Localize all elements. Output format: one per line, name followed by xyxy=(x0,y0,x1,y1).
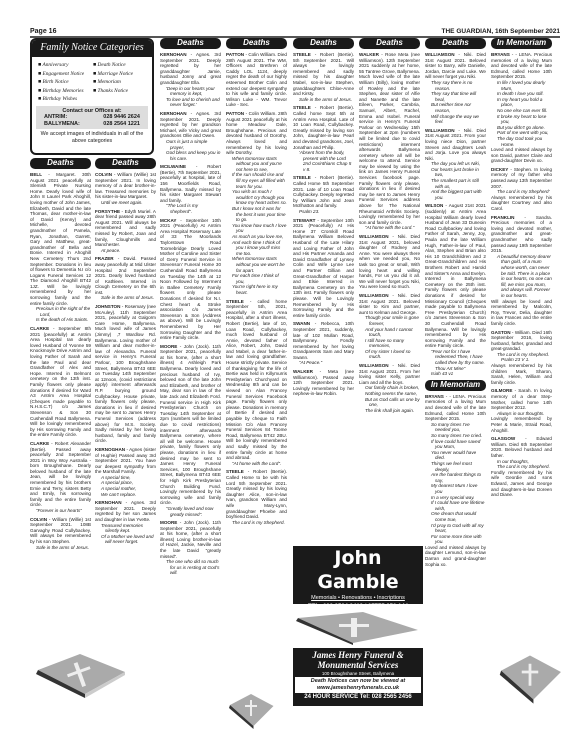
henry-notice: Death Notices can now be viewed at www.j… xyxy=(295,677,421,693)
deaths-header: Deaths xyxy=(425,38,486,49)
death-notice: MCILWAINE - Robert (Bertie), 7th Septemb… xyxy=(160,164,221,214)
notice-surname: JOHNSTON xyxy=(95,304,120,309)
notice-surname: STEWART xyxy=(293,218,315,223)
notice-surname: BRYANS xyxy=(491,52,510,57)
henry-name-1: James Henry Funeral & xyxy=(295,650,421,660)
column-2: DeathsCOLVIN - William (Willie) 1st Sept… xyxy=(95,158,156,548)
column-5: DeathsSTEELE - Robert (Bertie). 5th Sept… xyxy=(293,38,354,400)
category-item: Birth Notice xyxy=(38,78,93,87)
in-memoriam-header: In Memoriam xyxy=(425,380,486,391)
bible-icon xyxy=(30,650,130,700)
notice-surname: WILLIAMSON xyxy=(359,293,389,298)
notice-surname: KERNOGHAN xyxy=(95,447,125,452)
contact-heading: Contact our Offices at: xyxy=(40,108,144,115)
death-notice: DICKEY - Stephen. In loving memory of my… xyxy=(491,167,552,212)
bible-icon xyxy=(293,610,423,645)
notice-verse: The Lord is my shepherd. Psalm 23 V 1. xyxy=(491,352,552,363)
death-notice: MCKAY - September 10th 2021 (Peacefully)… xyxy=(160,218,221,341)
gamble-services: Memorials • Renovations • Inscriptions xyxy=(293,594,423,602)
categories-list: AnniversaryDeath NoticeEngagement Notice… xyxy=(32,57,152,104)
death-notice: STEWART - September 10th 2021 (Peacefull… xyxy=(293,218,354,319)
notice-verse: "Greatly loved and now greatly missed". xyxy=(160,506,221,517)
death-notice: STEELE - Robert (Bertie). Called Home to… xyxy=(226,469,287,525)
notice-text: - Niki. Died 31st August 2021, beloved d… xyxy=(359,234,420,289)
notice-surname: BRYANS xyxy=(425,394,444,399)
notice-text: - John (Jock). 11th September 2021, peac… xyxy=(160,520,221,559)
notice-verse: "Forever in our hearts" xyxy=(30,508,91,514)
notice-surname: MCILWAINE xyxy=(160,164,186,169)
category-item: Engagement Notice xyxy=(38,70,93,79)
notice-surname: MOORE xyxy=(160,520,177,525)
notice-verse: The Lord is my Shepherd. xyxy=(226,520,287,526)
gamble-name: John Gamble xyxy=(293,546,423,594)
death-notice: COLVIN - William (Willie) 1st September … xyxy=(30,517,91,551)
column-7: DeathsWILLIAMSON - Niki. Died 31st Augus… xyxy=(425,38,486,570)
notice-signoff: Loved and missed always by daughter Lemu… xyxy=(425,545,486,567)
notice-surname: STEELE xyxy=(226,469,244,474)
notice-surname: KERNOHAN xyxy=(160,111,187,116)
notice-surname: STEELE xyxy=(226,299,244,304)
notice-surname: WILLIAMSON xyxy=(359,363,389,368)
notice-surname: WILLIAMSON xyxy=(359,234,389,239)
notice-surname: WILLIAMSON xyxy=(425,52,455,57)
category-item: Death Notice xyxy=(93,61,148,70)
notice-text: - Rebecca, 10th September 2021, suddenly… xyxy=(293,321,354,360)
deaths-header: Deaths xyxy=(226,38,287,49)
death-notice: WILLIAMSON - Niki. Died 31st August 2021… xyxy=(359,363,420,413)
notice-surname: WALKER xyxy=(293,369,313,374)
notice-text: - called home September 5th, 2021, peace… xyxy=(226,299,287,461)
henry-address: 100 Broughshane Street, Ballymena xyxy=(295,670,421,677)
notice-verse: So many times I've needed you,So many ti… xyxy=(425,422,486,545)
death-notice: KERNOGHAN - Agnes (sister of Hughie) Pas… xyxy=(95,447,156,497)
column-8: In MemoriamBRYANS - - LENA. Precious mem… xyxy=(491,38,552,501)
categories-title: Family Notice Categories xyxy=(32,40,152,57)
notice-verse: They say there is no reason.They say tha… xyxy=(425,80,486,125)
death-notice: STEELE - called home September 5th, 2021… xyxy=(226,299,287,467)
death-notice: PATTON - Colin William. 28th August 2021… xyxy=(226,111,287,296)
notice-verse: Safe in the arms of Jesus. xyxy=(30,545,91,551)
death-notice: WILLIAMSON - Niki. Died 31st August 2021… xyxy=(359,293,420,360)
death-notice: MOORE - John (Jock). 11th September 2021… xyxy=(160,520,221,576)
john-gamble-ad: John Gamble Memorials • Renovations • In… xyxy=(293,546,423,604)
death-notice: MOORE - John (Jock). 11th September 2021… xyxy=(160,344,221,517)
death-notice: STEELE - Robert (Bertie). Called Home 5t… xyxy=(293,175,354,214)
notice-surname: WILLIAMSON xyxy=(425,128,455,133)
category-item: Marriage Notice xyxy=(93,70,148,79)
notice-verse: Our family chain is broken,Nothing seems… xyxy=(359,385,420,413)
notice-verse: A beautiful memory dearer than gold, of … xyxy=(491,254,552,299)
notice-surname: COLVIN xyxy=(30,517,47,522)
death-notice: COLVIN - William (Willie) 1st September … xyxy=(95,172,156,206)
column-3: DeathsKERNOHAN - Agnes. 3rd September 20… xyxy=(160,38,221,579)
notice-surname: STEELE xyxy=(293,105,311,110)
notice-verse: "At Peace." xyxy=(293,360,354,366)
henry-service-line: 24 HOUR SERVICE Tel: 028 2565 2456 xyxy=(295,693,421,702)
column-1: DeathsBELL - Margaret. 30th August 2021 … xyxy=(30,158,91,553)
notice-text: - Robert (Bertie), 7th September 2021, p… xyxy=(160,164,221,203)
notice-surname: KERNOHAN xyxy=(160,52,187,57)
death-notice: CLARKE - September 8th 2021 (peacefully)… xyxy=(30,326,91,438)
category-item: Birthday Memories xyxy=(38,87,93,96)
notice-verse: "At home with the Lord". xyxy=(226,461,287,467)
deaths-header: Deaths xyxy=(30,158,91,169)
notice-text: - Robert Alexander (Bertie). Passed away… xyxy=(30,441,91,508)
notice-surname: GASTON xyxy=(491,330,511,335)
deaths-header: Deaths xyxy=(95,158,156,169)
death-notice: SWANN - Rebecca, 10th September 2021, su… xyxy=(293,321,354,366)
death-notice: WILLIAMSON - Niki. Died 31st August 2021… xyxy=(425,52,486,125)
notice-text: - Agnes. 3rd September 2021. Deeply regr… xyxy=(160,52,221,85)
notice-verse: 'Absent from the body, present with the … xyxy=(293,150,354,172)
notice-surname: WILSON xyxy=(425,203,443,208)
masthead: THE GUARDIAN, 16th September 2021 xyxy=(442,28,560,35)
notice-text: - Colin William. 28th August 2021 peacef… xyxy=(226,111,287,155)
notice-verse: Though your smile is gone forever,And yo… xyxy=(359,315,420,360)
notice-signoff: Always remembered by his daughter Courtn… xyxy=(491,195,552,212)
notice-surname: PATTON xyxy=(226,52,244,57)
notice-verse: Psalm 23. xyxy=(293,209,354,215)
bible-icon xyxy=(226,690,276,730)
notice-surname: DICKEY xyxy=(491,167,508,172)
column-4: DeathsPATTON - Colin William. Died 28th … xyxy=(226,38,287,528)
death-notice: WILLIAMSON - Niki. Died 31st August 2021… xyxy=(359,234,420,290)
henry-name-2: Monumental Services xyxy=(295,660,421,670)
henry-website-link[interactable]: www.jameshenryfunerals.co.uk xyxy=(296,685,420,692)
death-notice: KERNOHAN - Agnes. 3rd September 2021. De… xyxy=(160,52,221,108)
death-notice: JOHNSTON - Rosemary (nee McAuley). 11th … xyxy=(95,304,156,444)
notice-signoff: Lovingly remembered by Peter & Marie, St… xyxy=(491,416,552,433)
notice-surname: COLVIN xyxy=(95,172,112,177)
notice-text: - Colin William. Died 28th August 2021. … xyxy=(226,52,287,107)
notice-surname: SWANN xyxy=(293,321,310,326)
notice-verse: In life I loved you dearly Mum,In death … xyxy=(491,80,552,147)
notice-verse: Until we meet again. xyxy=(95,200,156,206)
notice-verse: Treasured memories silently kept.Of a Mo… xyxy=(95,523,156,545)
notice-text: - September 10th 2021 (Peacefully) At Hi… xyxy=(293,218,354,318)
death-notice: GLASGOW - Edward William. Died 6th Septe… xyxy=(491,436,552,498)
james-henry-ad: James Henry Funeral & Monumental Service… xyxy=(293,648,423,706)
notice-verse: At peace. xyxy=(95,248,156,254)
deaths-header: Deaths xyxy=(160,38,221,49)
death-notice: FRAZER - David. Passed away peacefully a… xyxy=(95,256,156,301)
notice-surname: KERNOHAN xyxy=(95,500,122,505)
notice-signoff: Loved and missed always by son David, pa… xyxy=(491,147,552,164)
column-6: DeathsWALKER - Rose Meta (nee Williamson… xyxy=(359,38,420,416)
death-notice: STEELE - Robert (Bertie). 5th September … xyxy=(293,52,354,102)
death-notice: BELL - Margaret. 30th August 2021 peacef… xyxy=(30,172,91,323)
notice-verse: In our thoughts,The Lord is my Shepherd. xyxy=(491,459,552,470)
notice-verse: The one who did so much for us is restin… xyxy=(160,559,221,576)
notice-signoff: Always remembered by his children Mark, … xyxy=(491,363,552,385)
office-antrim: ANTRIM:028 9446 2624 xyxy=(40,114,144,121)
notice-text: - Robert (Bertie). Called home Sept 5th … xyxy=(293,105,354,149)
category-item: Birthday Wishes xyxy=(38,95,93,104)
notice-surname: BELL xyxy=(30,172,42,177)
death-notice: WILSON - August 21st 2021 (suddenly) at … xyxy=(425,203,486,376)
notice-verse: 'Deep in our hearts your memory is kept,… xyxy=(160,86,221,108)
contact-panel: Contact our Offices at: ANTRIM:028 9446 … xyxy=(36,106,148,130)
notice-text: - Robert (Bertie). Called Home 5th Septe… xyxy=(293,175,354,208)
notice-surname: GLASGOW xyxy=(491,436,515,441)
notice-verse: Safe in the arms of Jesus. xyxy=(95,295,156,301)
notice-text: - Rose Meta (nee Williamson). 12th Septe… xyxy=(359,52,420,225)
death-notice: FRANKLIN - Sandra. Precious memories of … xyxy=(491,215,552,327)
death-notice: PATTON - Colin William. Died 28th August… xyxy=(226,52,287,108)
notice-surname: CLARKE xyxy=(30,326,49,331)
notice-surname: CLARKE xyxy=(30,441,49,446)
notice-text: - Robert (Bertie). 5th September 2021. W… xyxy=(293,52,354,96)
notice-surname: STEELE xyxy=(293,175,311,180)
notice-text: - September 8th 2021 (peacefully) at Ant… xyxy=(30,326,91,437)
notice-surname: FRAZER xyxy=(95,256,114,261)
death-notice: KERNOHAN - Agnes. 3rd September 2021. De… xyxy=(95,500,156,545)
death-notice: WALKER - Meta (nee Williamson). Passed a… xyxy=(293,369,354,397)
accept-note: We accept images of individuals in all o… xyxy=(32,129,152,146)
notice-text: - Sandra. Precious memories of a loving … xyxy=(491,215,552,254)
notice-text: - September 10th 2021 (Peacefully) At An… xyxy=(160,218,221,340)
death-notice: GASTON - William. Died 16th September 20… xyxy=(491,330,552,386)
notice-text: - Rosemary (nee McAuley). 11th September… xyxy=(95,304,156,443)
notice-text: - Robert (Bertie). Called Home to be wit… xyxy=(226,469,287,519)
notice-surname: MCKAY xyxy=(160,218,176,223)
notice-surname: FORSYTHE xyxy=(95,209,120,214)
category-item: Anniversary xyxy=(38,61,93,70)
notice-verse: When tomorrow starts without you and you… xyxy=(226,156,287,296)
deaths-header: Deaths xyxy=(359,38,420,49)
notice-signoff: Will always be loved and remembered by M… xyxy=(491,299,552,327)
notice-surname: WALKER xyxy=(359,52,379,57)
notice-text: - David. Passed away peacefully at Mid U… xyxy=(95,256,156,295)
notice-verse: "Fear not for I have redeemed Thee, I ha… xyxy=(425,349,486,377)
notice-verse: Precious in the sight of the Lord,Is the… xyxy=(30,306,91,323)
death-notice: CLARKE - Robert Alexander (Bertie). Pass… xyxy=(30,441,91,514)
notice-verse: Safe in the arms of Jesus. xyxy=(293,97,354,103)
category-item: Memoriam xyxy=(93,78,148,87)
notice-verse: "The Lord is my shepherd". xyxy=(160,203,221,214)
notice-surname: STEELE xyxy=(293,52,311,57)
page-number: Page 16 xyxy=(30,28,56,35)
notice-text: - August 21st 2021 (suddenly) at Antrim … xyxy=(425,203,486,348)
notice-surname: FRANKLIN xyxy=(491,215,514,220)
bible-icon xyxy=(495,650,565,705)
death-notice: GILMORE - Sarah. In loving memory of a d… xyxy=(491,388,552,433)
notice-surname: GILMORE xyxy=(491,388,512,393)
notice-text: - Margaret. 30th August 2021 peacefully … xyxy=(30,172,91,306)
death-notice: WALKER - Rose Meta (nee Williamson). 12t… xyxy=(359,52,420,231)
notice-verse: "At home with the Lord." xyxy=(359,225,420,231)
notice-surname: PATTON xyxy=(226,111,244,116)
death-notice: KERNOHAN - Agnes. 3rd September 2021. De… xyxy=(160,111,221,161)
office-ballymena: BALLYMENA:028 2564 1221 xyxy=(40,121,144,128)
notice-signoff: Fondly remembered by his wife Geordie an… xyxy=(491,470,552,498)
deaths-header: Deaths xyxy=(293,38,354,49)
notice-verse: The day you left us Niki,Our hearts just… xyxy=(425,161,486,200)
death-notice: BRYANS - - LENA. Precious memories of a … xyxy=(425,394,486,567)
notice-verse: Ours is just a simple prayer,God bless a… xyxy=(160,139,221,161)
notice-text: - Niki. Died 31st August 2021. From your… xyxy=(425,128,486,161)
death-notice: FORSYTHE - Edyth Muriel. A dear friend p… xyxy=(95,209,156,254)
notice-text: - John (Jock). 11th September 2021, peac… xyxy=(160,344,221,506)
death-notice: STEELE - Robert (Bertie). Called home Se… xyxy=(293,105,354,172)
death-notice: WILLIAMSON - Niki. Died 31st August 2021… xyxy=(425,128,486,201)
notice-surname: MOORE xyxy=(160,344,177,349)
notice-verse: A special time,A special place,A special… xyxy=(95,475,156,497)
notice-text: - Edyth Muriel. A dear friend passed awa… xyxy=(95,209,156,248)
category-item: Thanks Notice xyxy=(93,87,148,96)
in-memoriam-header: In Memoriam xyxy=(491,38,552,49)
categories-box: Family Notice Categories AnniversaryDeat… xyxy=(30,38,154,155)
death-notice: BRYANS - - LENA. Precious memories of a … xyxy=(491,52,552,164)
